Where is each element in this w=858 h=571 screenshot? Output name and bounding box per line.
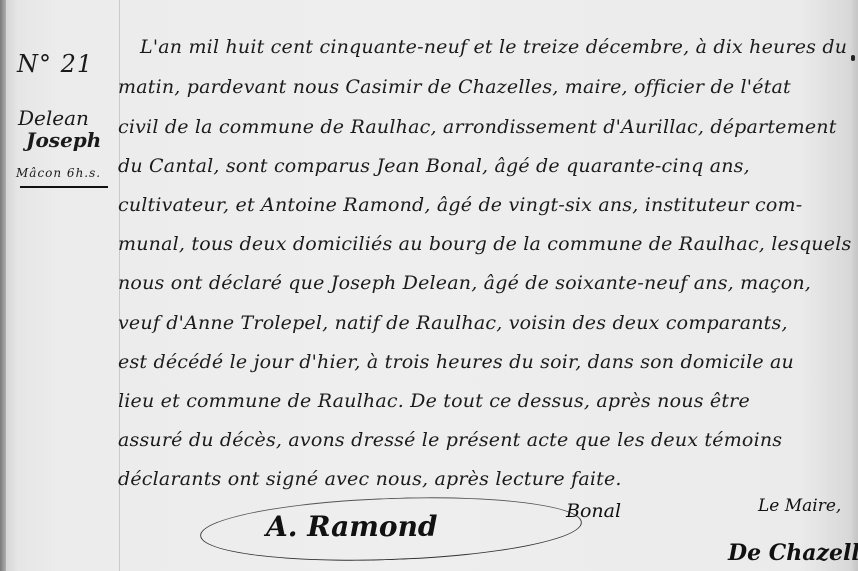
- signature-mayor: De Chazelles: [728, 540, 858, 566]
- deceased-surname: Delean: [18, 106, 112, 130]
- signature-ramond: A. Ramond: [266, 510, 438, 543]
- record-line: nous ont déclaré que Joseph Delean, âgé …: [118, 272, 811, 294]
- margin-note: Mâcon 6h.s.: [16, 166, 112, 180]
- signature-bonal: Bonal: [566, 500, 621, 522]
- record-line: veuf d'Anne Trolepel, natif de Raulhac, …: [118, 312, 788, 334]
- ink-blot: [851, 55, 855, 61]
- record-line: est décédé le jour d'hier, à trois heure…: [118, 351, 794, 373]
- record-line: L'an mil huit cent cinquante-neuf et le …: [140, 36, 847, 58]
- record-line: munal, tous deux domiciliés au bourg de …: [118, 233, 851, 255]
- record-line: assuré du décès, avons dressé le présent…: [118, 429, 782, 451]
- record-line: cultivateur, et Antoine Ramond, âgé de v…: [118, 194, 802, 216]
- mayor-label: Le Maire,: [758, 496, 841, 516]
- margin-annotation: N° 21 Delean Joseph Mâcon 6h.s.: [12, 50, 112, 188]
- margin-underline: [20, 186, 108, 188]
- register-page: N° 21 Delean Joseph Mâcon 6h.s. L'an mil…: [0, 0, 858, 571]
- record-line: du Cantal, sont comparus Jean Bonal, âgé…: [118, 155, 750, 177]
- entry-number: N° 21: [17, 50, 112, 78]
- record-line: matin, pardevant nous Casimir de Chazell…: [118, 76, 791, 98]
- record-line: déclarants ont signé avec nous, après le…: [118, 468, 622, 490]
- record-line: lieu et commune de Raulhac. De tout ce d…: [118, 390, 750, 412]
- record-line: civil de la commune de Raulhac, arrondis…: [118, 116, 837, 138]
- binding-shadow: [0, 0, 6, 571]
- deceased-given-name: Joseph: [26, 128, 112, 152]
